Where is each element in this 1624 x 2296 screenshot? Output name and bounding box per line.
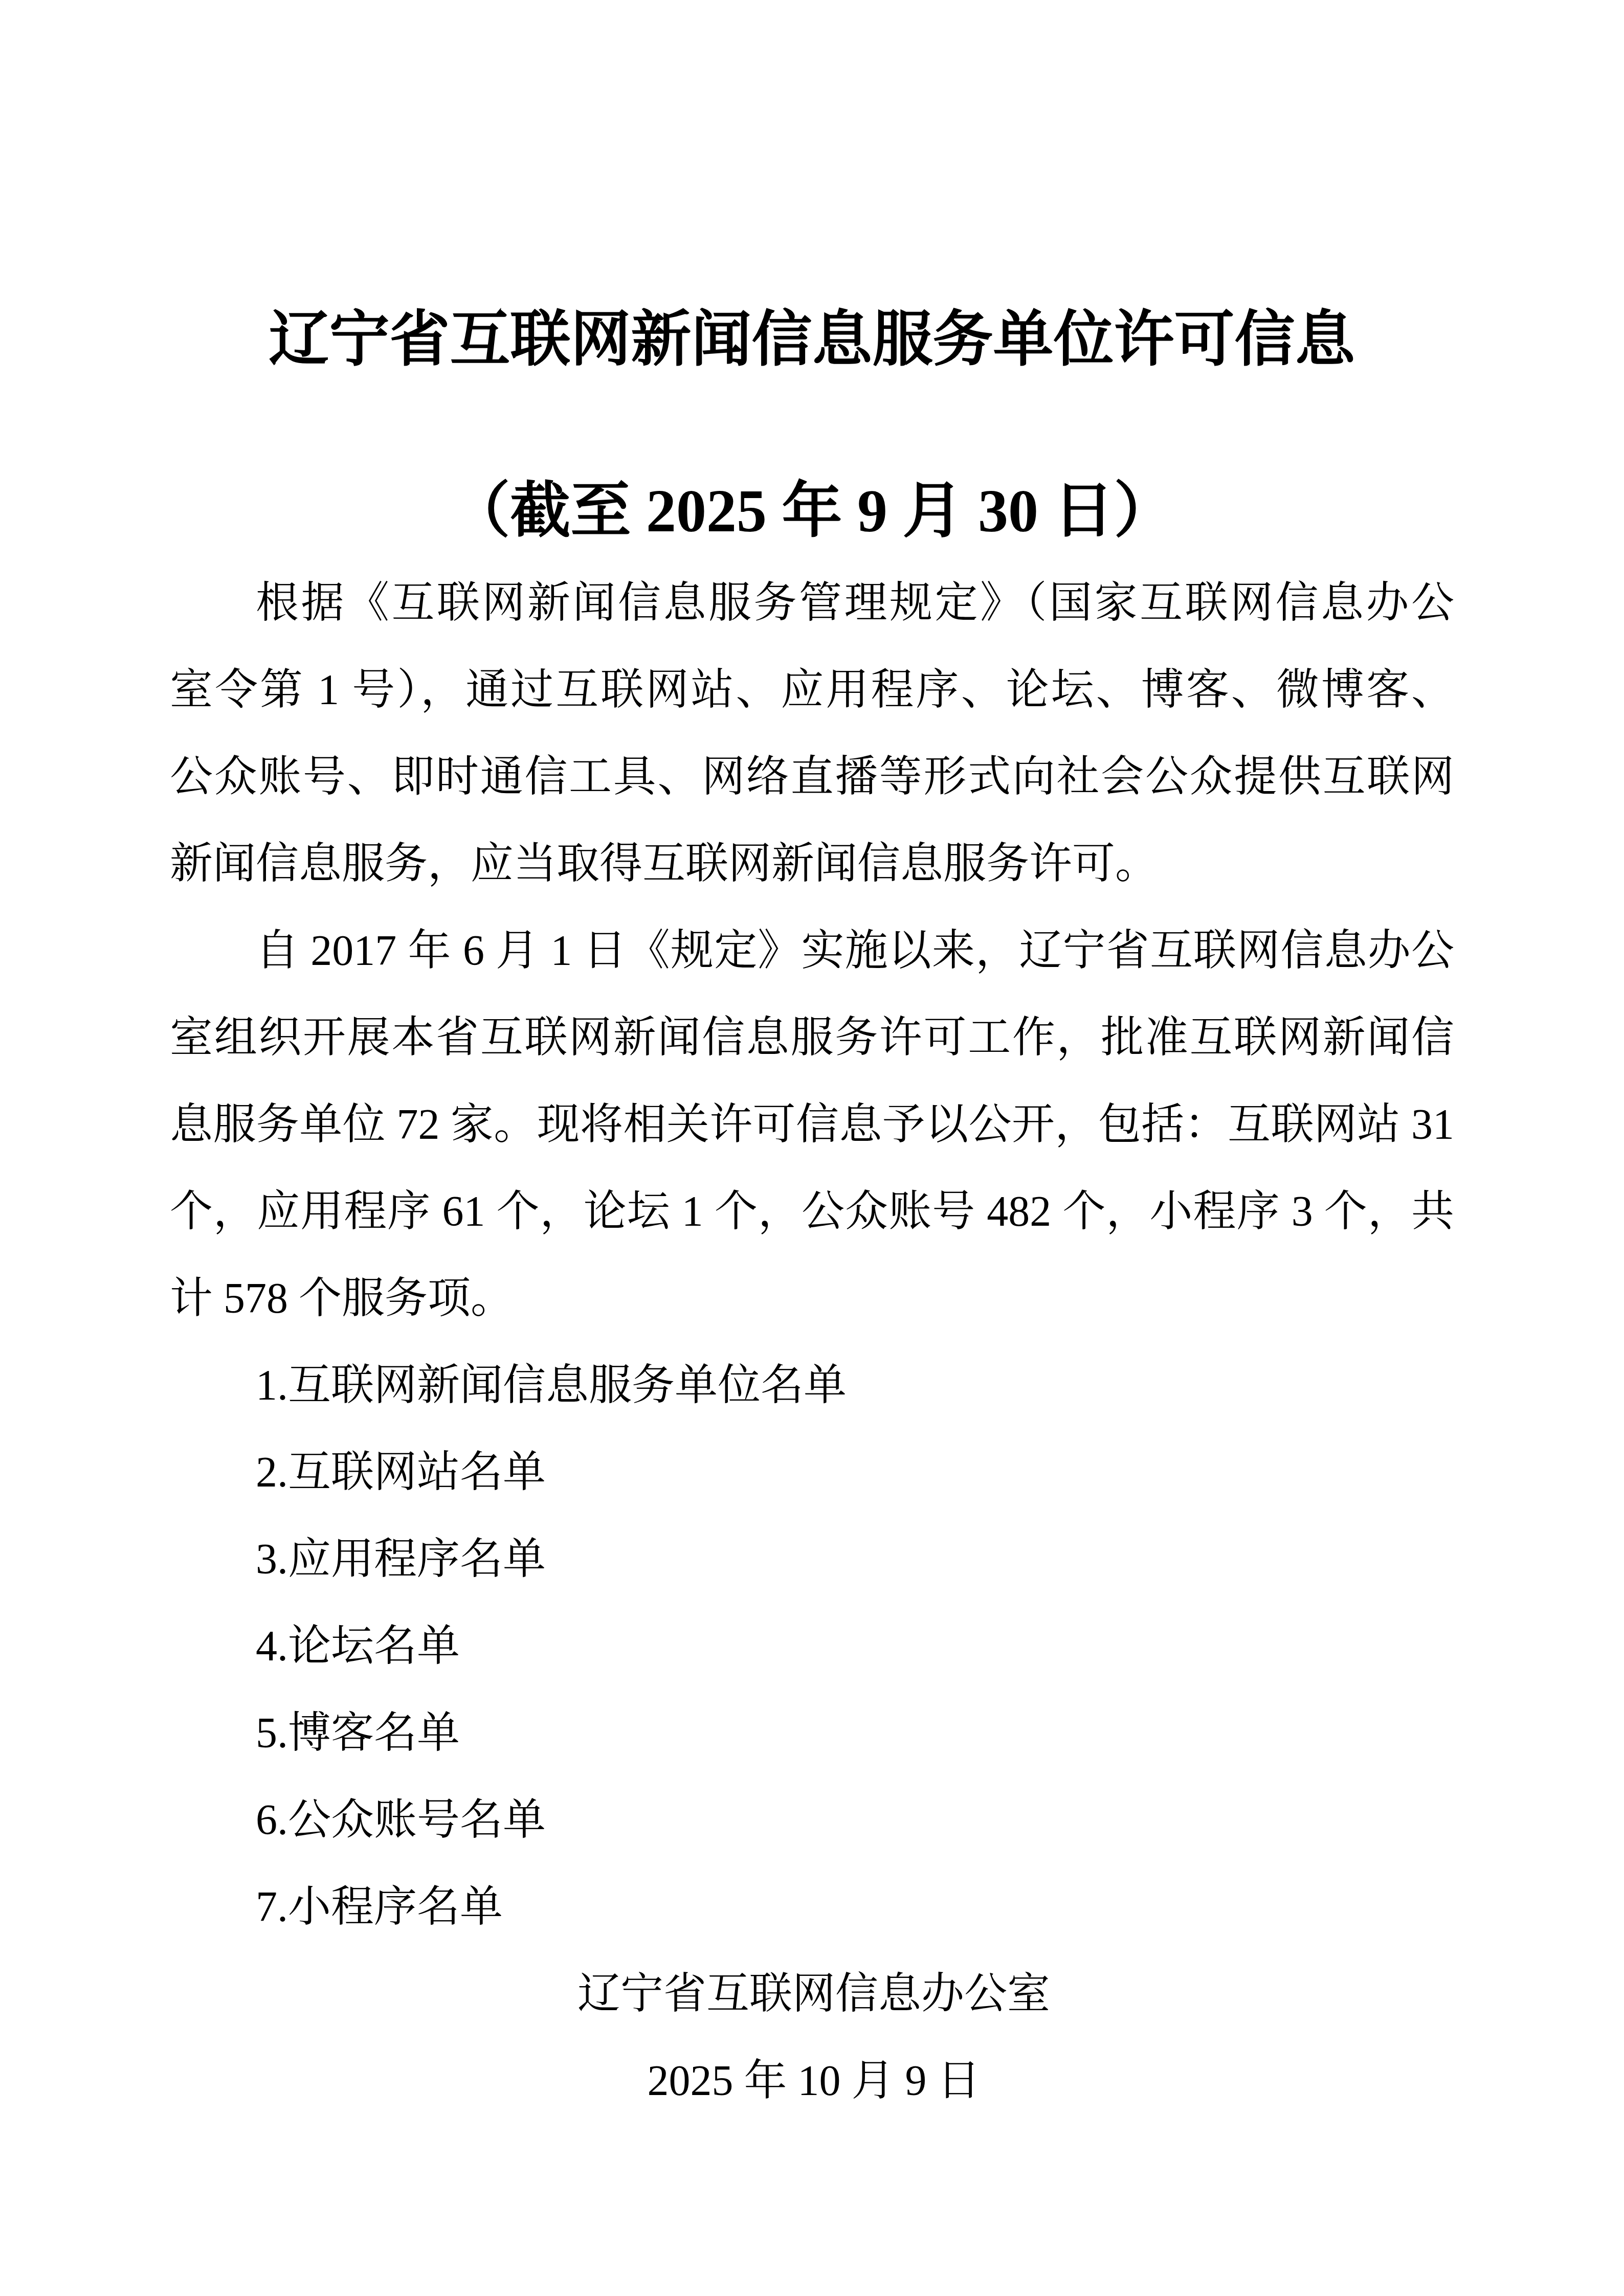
document-page: 辽宁省互联网新闻信息服务单位许可信息 （截至 2025 年 9 月 30 日） … [0,0,1624,2296]
list-item-4: 4.论坛名单 [170,1603,1454,1690]
paragraph-2-line-1: 自 2017 年 6 月 1 日《规定》实施以来，辽宁省互联网信息办公 [170,908,1454,995]
paragraph-1-line-3: 公众账号、即时通信工具、网络直播等形式向社会公众提供互联网 [170,734,1454,821]
list-item-5: 5.博客名单 [170,1690,1454,1777]
title-line-1: 辽宁省互联网新闻信息服务单位许可信息 [170,291,1454,389]
paragraph-2-line-2: 室组织开展本省互联网新闻信息服务许可工作，批准互联网新闻信 [170,995,1454,1082]
title-line-2: （截至 2025 年 9 月 30 日） [170,463,1454,560]
document-body: 根据《互联网新闻信息服务管理规定》（国家互联网信息办公 室令第 1 号），通过互… [170,560,1454,2125]
paragraph-2-line-4: 个，应用程序 61 个，论坛 1 个，公众账号 482 个，小程序 3 个，共 [170,1168,1454,1255]
paragraph-1-line-1: 根据《互联网新闻信息服务管理规定》（国家互联网信息办公 [170,560,1454,647]
list-item-2: 2.互联网站名单 [170,1429,1454,1516]
document-title: 辽宁省互联网新闻信息服务单位许可信息 （截至 2025 年 9 月 30 日） [170,291,1454,560]
paragraph-1: 根据《互联网新闻信息服务管理规定》（国家互联网信息办公 室令第 1 号），通过互… [170,560,1454,908]
list-item-3: 3.应用程序名单 [170,1516,1454,1603]
signature-date: 2025 年 10 月 9 日 [577,2038,1050,2125]
numbered-list: 1.互联网新闻信息服务单位名单 2.互联网站名单 3.应用程序名单 4.论坛名单… [170,1342,1454,1951]
list-item-7: 7.小程序名单 [170,1864,1454,1951]
paragraph-2-line-3: 息服务单位 72 家。现将相关许可信息予以公开，包括：互联网站 31 [170,1082,1454,1168]
signature-organization: 辽宁省互联网信息办公室 [577,1951,1050,2038]
paragraph-1-line-4: 新闻信息服务，应当取得互联网新闻信息服务许可。 [170,821,1454,908]
paragraph-1-line-2: 室令第 1 号），通过互联网站、应用程序、论坛、博客、微博客、 [170,647,1454,734]
paragraph-2: 自 2017 年 6 月 1 日《规定》实施以来，辽宁省互联网信息办公 室组织开… [170,908,1454,1342]
paragraph-2-line-5: 计 578 个服务项。 [170,1255,1454,1342]
list-item-1: 1.互联网新闻信息服务单位名单 [170,1342,1454,1429]
list-item-6: 6.公众账号名单 [170,1777,1454,1864]
signature-block: 辽宁省互联网信息办公室 2025 年 10 月 9 日 [577,1951,1050,2125]
